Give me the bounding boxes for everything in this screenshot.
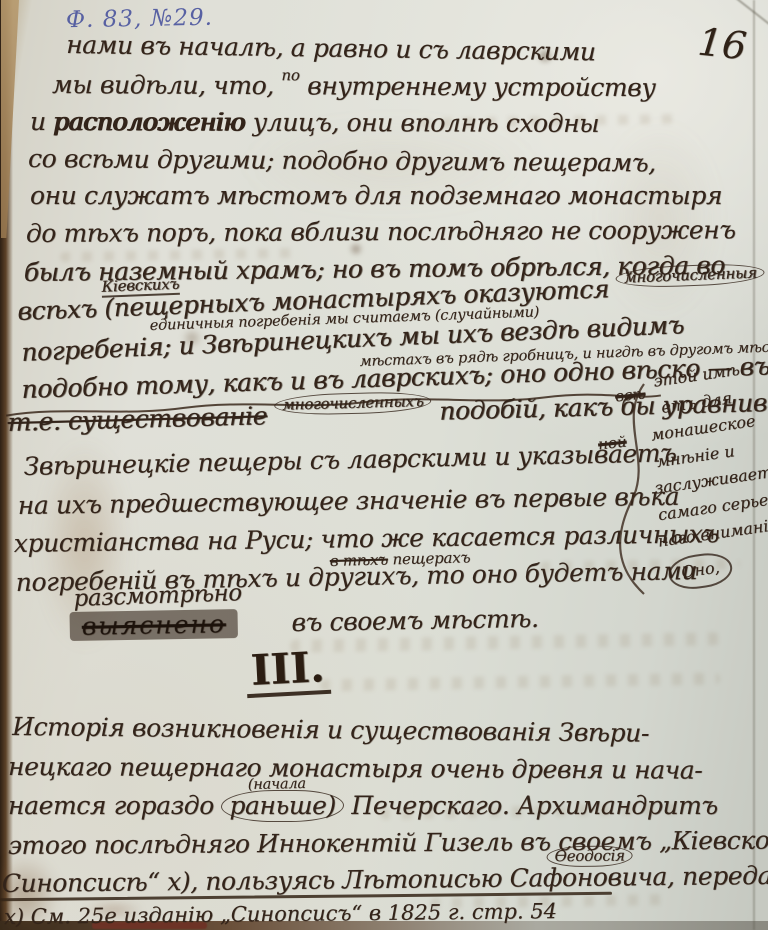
manuscript-photo: Ф. 83, №29. 16 нами въ началѣ, а равно и… <box>0 0 768 930</box>
circled-word: Оно, <box>666 549 735 592</box>
struck-text: т.е. существованіе <box>7 401 267 437</box>
manuscript-line-4: со всѣми другими; подобно другимъ пещера… <box>28 144 656 177</box>
interlinear-insert: многочисленныхъ <box>274 391 432 416</box>
line-segment: Печерскаго. Архимандритъ <box>344 791 718 820</box>
bleedthrough-ghost <box>320 673 720 692</box>
manuscript-line-2: мы видѣли, что, по внутреннему устройств… <box>52 70 656 102</box>
manuscript-line-17: Исторія возникновенія и существованія Зв… <box>12 712 649 748</box>
section-heading: III. <box>245 644 331 698</box>
manuscript-line-21: Ѳеодосія Синопсисѣ“ х), пользуясь Лѣтопи… <box>2 860 768 898</box>
manuscript-line-6: до тѣхъ поръ, пока вблизи послѣдняго не … <box>26 215 736 248</box>
manuscript-line-18: нецкаго пещернаго монастыря очень древня… <box>8 752 702 785</box>
line-segment: Сафоновича, передаетъ <box>510 860 768 892</box>
page-number: 16 <box>696 20 749 69</box>
blotted-struck-word: выяснено <box>69 609 238 641</box>
line-segment: нается гораздо <box>8 791 221 820</box>
manuscript-line-1: нами въ началѣ, а равно и съ лаврскими <box>66 30 596 66</box>
manuscript-line-5: они служатъ мѣстомъ для подземнаго монас… <box>30 181 722 210</box>
manuscript-line-13: на ихъ предшествующее значеніе въ первые… <box>18 482 680 520</box>
line-segment: улицъ, они вполнѣ сходны <box>245 108 599 138</box>
interlinear-insert: Кіевскихъ <box>101 275 179 298</box>
struck-fragment: ной <box>597 433 627 454</box>
interlinear-insert: Ѳеодосія <box>546 845 632 867</box>
manuscript-line-12: Звѣринецкіе пещеры съ лаврскими и указыв… <box>23 438 676 481</box>
line-segment: внутреннему устройству <box>300 71 656 102</box>
line-segment: въ своемъ мѣстѣ. <box>291 604 538 637</box>
manuscript-line-3: и расположенію улицъ, они вполнѣ сходны <box>30 107 599 138</box>
archival-mark: Ф. 83, №29. <box>66 5 213 34</box>
overwritten-word: расположенію <box>53 107 245 137</box>
line-segment: мы видѣли, что, <box>52 70 281 100</box>
manuscript-line-20: этого послѣдняго Иннокентій Гизель въ св… <box>8 825 768 860</box>
manuscript-line-19: нается гораздо раньше) Печерскаго. Архим… <box>8 791 718 820</box>
correction-word: разсмотрѣно <box>73 580 242 612</box>
circled-word: раньше) <box>221 790 343 822</box>
line-segment: и <box>30 107 53 136</box>
interlinear-insert: по <box>281 66 299 84</box>
